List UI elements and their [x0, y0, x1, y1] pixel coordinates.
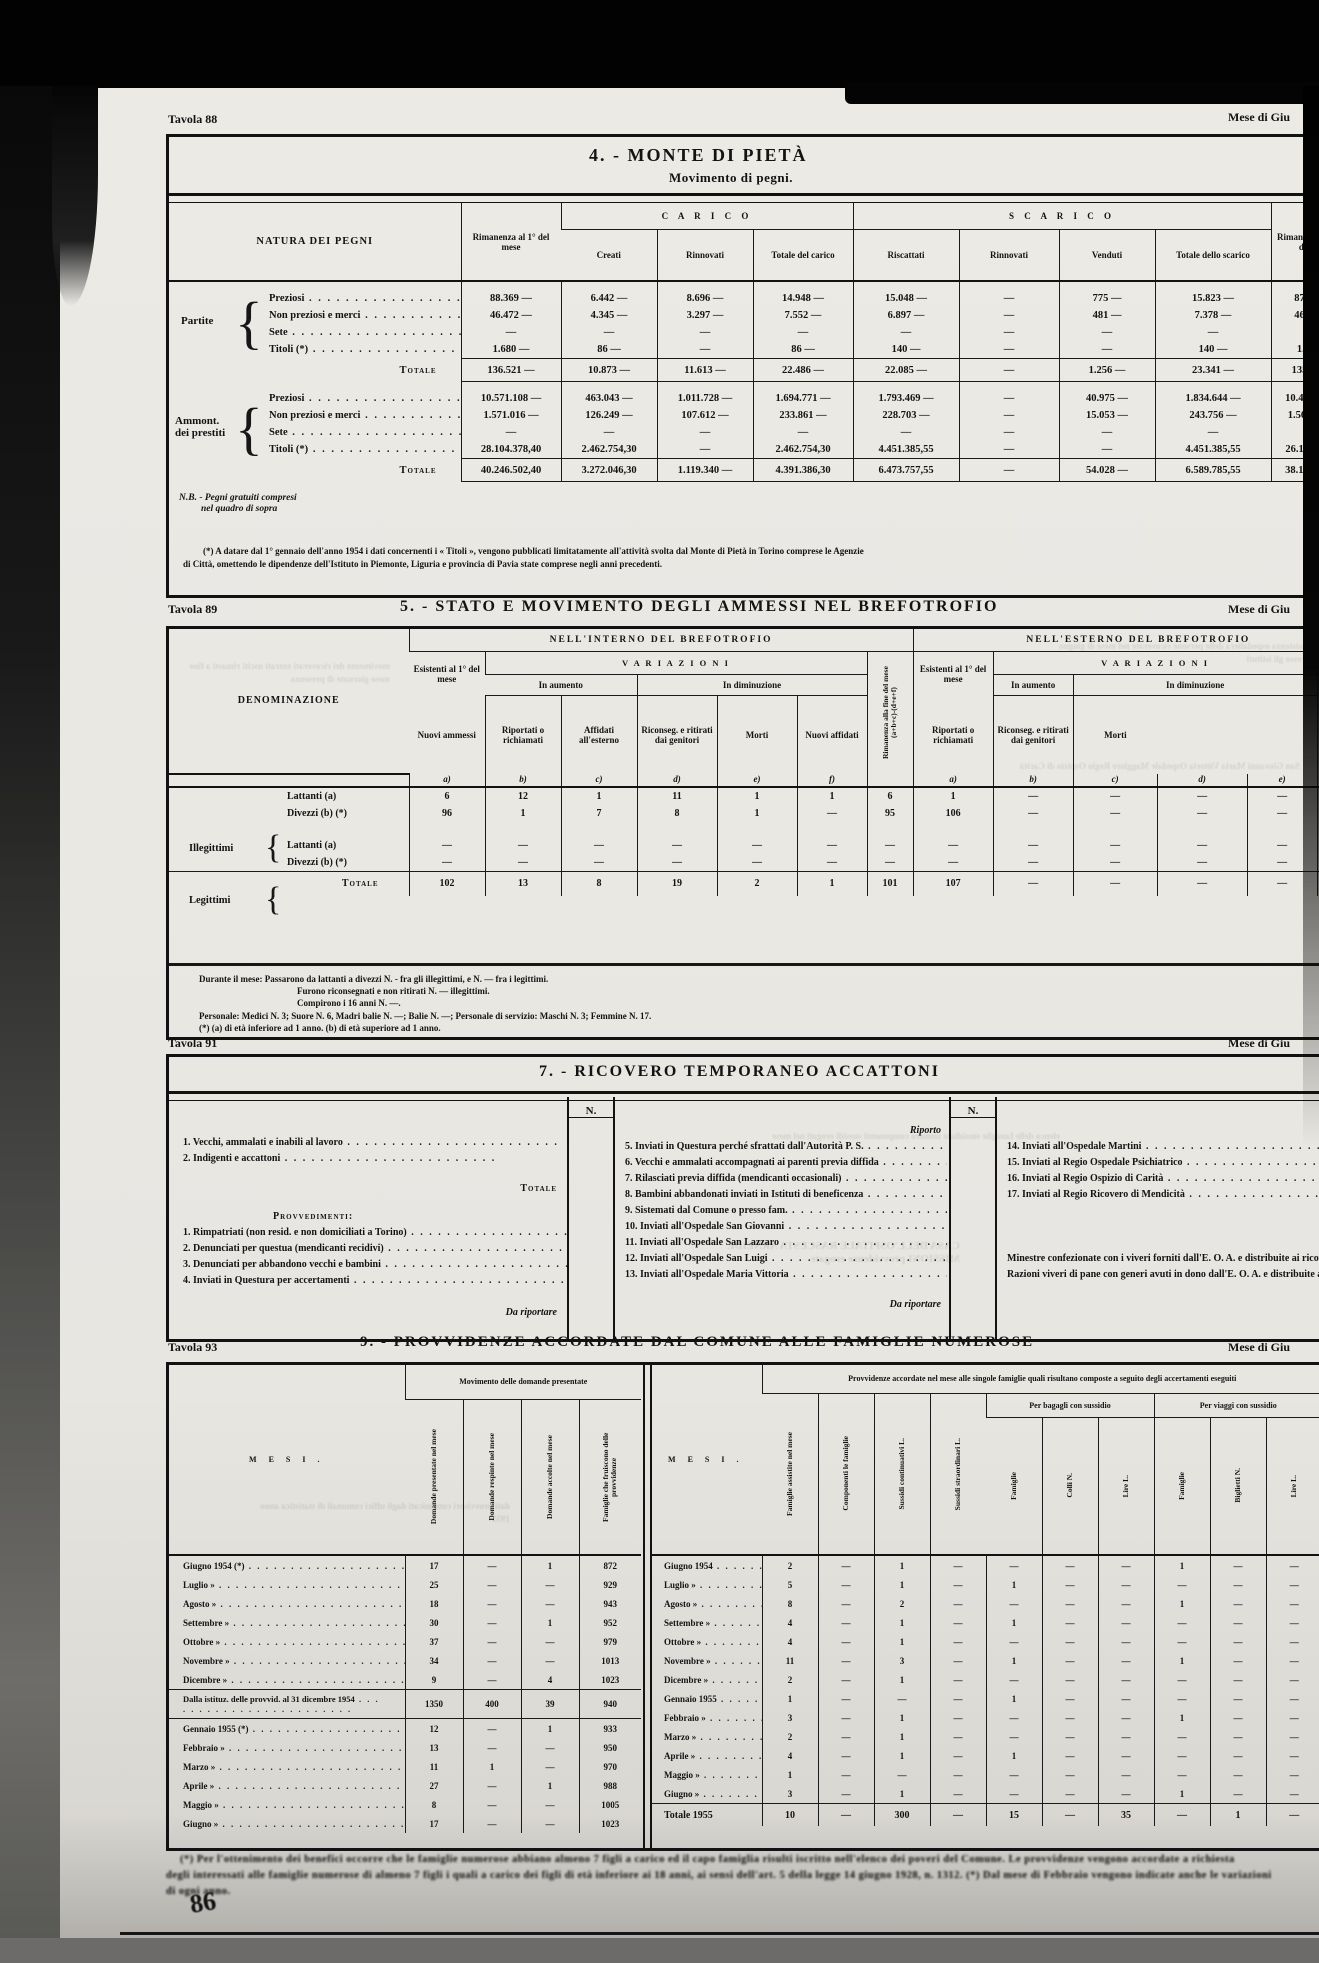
cell: 4.391.386,30	[753, 459, 853, 482]
cell: 13	[485, 871, 561, 896]
cell: —	[1157, 787, 1247, 805]
row-label: Febbraio »	[664, 1713, 762, 1723]
cell: —	[1042, 1670, 1098, 1689]
cell: 39	[521, 1690, 579, 1719]
cell: 8	[561, 871, 637, 896]
cell: Dicembre »	[650, 1670, 762, 1689]
provvedimenti-label: Provvedimenti:	[183, 1211, 353, 1222]
cell: 40.975 —	[1059, 382, 1155, 408]
cell: —	[797, 822, 867, 854]
cell: 11	[405, 1757, 463, 1776]
item-label: 12. Inviati all'Ospedale San Luigi	[625, 1251, 947, 1267]
brace: {	[265, 881, 281, 919]
cell: 1023	[579, 1814, 641, 1833]
left-total-row: Totale 4.523	[183, 1181, 567, 1197]
cell: 10.873 —	[561, 359, 657, 382]
cell: —	[930, 1804, 986, 1827]
cell: 107	[913, 871, 993, 896]
cell: 1	[521, 1776, 579, 1795]
cell: 1	[762, 1765, 818, 1784]
rotated-col-label: Famiglie assistite nel mese	[786, 1432, 794, 1516]
cell: —	[463, 1632, 521, 1651]
cell: 6	[409, 787, 485, 805]
col-nuovi-affidati: Nuovi affidati	[797, 696, 867, 774]
cell: —	[1042, 1765, 1098, 1784]
illegittimi-label: Illegittimi	[189, 843, 233, 854]
cell: 86 —	[561, 341, 657, 359]
cell: 8	[637, 805, 717, 822]
table-row: Maggio »1—————————	[650, 1765, 1319, 1784]
cell: —	[959, 281, 1059, 307]
group-variazioni-est: V A R I A Z I O N I	[993, 651, 1317, 675]
cell: —	[959, 382, 1059, 408]
rotated-col-label: Componenti le famiglie	[842, 1436, 850, 1511]
cell: 28.104.378,40	[461, 441, 561, 459]
tavola-91-label: Tavola 91	[168, 1036, 217, 1051]
cell: —	[753, 424, 853, 441]
letters-row: a) b) c) d) e) f) a) b) c) d) e)	[169, 774, 1319, 787]
cell: —	[463, 1575, 521, 1594]
cell: 1.256 —	[1059, 359, 1155, 382]
cell: —	[1266, 1804, 1319, 1827]
table-row: Ottobre »4—1———————	[650, 1632, 1319, 1651]
cell: Marzo »	[650, 1727, 762, 1746]
ammontare-label: Ammont. dei prestiti	[175, 415, 225, 439]
cell: —	[1210, 1708, 1266, 1727]
cell: Giugno 1954 (*)	[169, 1555, 405, 1575]
cell: Maggio »	[169, 1795, 405, 1814]
right-total-row: Totale	[1007, 1221, 1319, 1237]
page-number: 86	[188, 1886, 218, 1920]
cell: —	[1210, 1632, 1266, 1651]
scan-black-band-top	[0, 0, 1319, 88]
list-item: 5. Inviati in Questura perché sfrattati …	[625, 1139, 947, 1155]
famiglie-right-table: M E S I . Provvidenze accordate nel mese…	[650, 1365, 1319, 1826]
cell: —	[1210, 1689, 1266, 1708]
cell: —	[521, 1594, 579, 1613]
cell: —	[561, 822, 637, 854]
cell: 4	[521, 1670, 579, 1690]
cell: —	[461, 424, 561, 441]
cell: —	[986, 1708, 1042, 1727]
list-item: 4. Inviati in Questura per accertamenti—	[183, 1273, 567, 1289]
cell: —	[463, 1795, 521, 1814]
cell: —	[1266, 1708, 1319, 1727]
row-label: Aprile »	[183, 1781, 405, 1791]
provvedimenti-items: 1. Rimpatriati (non resid. e non domicil…	[183, 1225, 567, 1289]
table-row: Divezzi (b) (*)961781—95106————1	[169, 805, 1319, 822]
cell: 101	[867, 871, 913, 896]
cell: —	[930, 1594, 986, 1613]
table-row: Giugno 1954 (*)17—1872	[169, 1555, 641, 1575]
illegittimi-rows: Lattanti (a)6121111161————1Divezzi (b) (…	[169, 787, 1319, 822]
cell: —	[1042, 1651, 1098, 1670]
cell: —	[1157, 822, 1247, 854]
cell: 1	[717, 787, 797, 805]
cell: —	[463, 1814, 521, 1833]
item-label: 16. Inviati al Regio Ospizio di Carità	[1007, 1171, 1319, 1187]
cell: 2	[762, 1727, 818, 1746]
cell: Febbraio »	[169, 1738, 405, 1757]
item-label: 1. Rimpatriati (non resid. e non domicil…	[183, 1225, 567, 1241]
n-column-rule	[949, 1097, 997, 1339]
cell: 13	[405, 1738, 463, 1757]
group-bagagli: Per bagagli con sussidio	[986, 1393, 1154, 1417]
legittimi-rows: Lattanti (a)————————————Divezzi (b) (*)—…	[169, 822, 1319, 872]
brace: {	[235, 395, 263, 462]
rotated-col: Domande presentate nel mese	[405, 1399, 463, 1555]
cell: 1	[1210, 1804, 1266, 1827]
cell: 9	[405, 1670, 463, 1690]
list-item: 7. Rilasciati previa diffida (mendicanti…	[625, 1171, 947, 1187]
table-row: Non preziosi e merci1.571.016 —126.249 —…	[169, 407, 1319, 424]
cell: 17	[405, 1555, 463, 1575]
cell: —	[867, 854, 913, 872]
cell: —	[463, 1651, 521, 1670]
cell: Totale	[169, 359, 461, 382]
cell: —	[1042, 1575, 1098, 1594]
cell: 1	[1154, 1594, 1210, 1613]
rotated-col: Famiglie	[1154, 1417, 1210, 1555]
cell: 1	[986, 1575, 1042, 1594]
cell: 22.085 —	[853, 359, 959, 382]
table-row: Aprile »4—1—1—————	[650, 1746, 1319, 1765]
item-label: 13. Inviati all'Ospedale Maria Vittoria	[625, 1267, 947, 1283]
cell: —	[461, 324, 561, 341]
cell: 2	[717, 871, 797, 896]
cell: —	[1098, 1555, 1154, 1575]
row-label: Sete	[269, 427, 461, 438]
rotated-col: Sussidi continuativi L.	[874, 1393, 930, 1555]
cell: —	[959, 324, 1059, 341]
cell: Aprile »	[650, 1746, 762, 1765]
cell: 1	[485, 805, 561, 822]
cell: —	[1042, 1784, 1098, 1804]
cell: —	[1059, 441, 1155, 459]
table-row: Settembre »4—1—1—————	[650, 1613, 1319, 1632]
cell: 1	[874, 1708, 930, 1727]
cell: 106	[913, 805, 993, 822]
item-label: 2. Denunciati per questua (mendicanti re…	[183, 1241, 567, 1257]
list-item: 15. Inviati al Regio Ospedale Psichiatri…	[1007, 1155, 1319, 1171]
table9-footnote-2: degli interessati alle famiglie numerose…	[166, 1868, 1316, 1883]
cell: —	[1157, 871, 1247, 896]
col-rimanenza-vert: Rimanenza alla fine del mese (a+b+c)-(d+…	[867, 651, 913, 774]
cell: —	[1266, 1594, 1319, 1613]
cell: —	[1059, 341, 1155, 359]
row-label: Gennaio 1955 (*)	[183, 1724, 405, 1734]
cell: 30	[405, 1613, 463, 1632]
row-label: Maggio »	[183, 1800, 405, 1810]
cell: —	[485, 822, 561, 854]
table-row: Maggio »8——1005	[169, 1795, 641, 1814]
rotated-col: Sussidi straordinari L.	[930, 1393, 986, 1555]
col-rinnovati: Rinnovati	[657, 229, 753, 281]
table-row: Giugno 19542—1————1——	[650, 1555, 1319, 1575]
right-notes: Minestre confezionate con i viveri forni…	[1007, 1251, 1319, 1283]
letter: a)	[913, 774, 993, 787]
row-label: Giugno »	[664, 1789, 762, 1799]
rotated-col-label: Famiglie	[1178, 1472, 1186, 1500]
cell: 1	[874, 1784, 930, 1804]
mese-label: Mese di Giu	[1228, 1340, 1290, 1355]
cell: —	[867, 822, 913, 854]
row-label: Giugno 1954	[664, 1561, 762, 1571]
right-big-header: Provvidenze accordate nel mese alle sing…	[762, 1365, 1319, 1393]
cell: —	[818, 1575, 874, 1594]
cell: —	[657, 424, 753, 441]
rotated-col: Lire L.	[1098, 1417, 1154, 1555]
table-accattoni: 7. - RICOVERO TEMPORANEO ACCATTONI N. 1.…	[166, 1054, 1319, 1342]
cell: 2	[874, 1594, 930, 1613]
cell: —	[1157, 805, 1247, 822]
item-label: 4. Inviati in Questura per accertamenti	[183, 1273, 565, 1289]
cell: 1.834.644 —	[1155, 382, 1271, 408]
table-row: Titoli (*)1.680 —86 ——86 —140 ———140 —1.…	[169, 341, 1319, 359]
cell: Totale 1955	[650, 1804, 762, 1827]
cell: —	[930, 1632, 986, 1651]
cell: —	[1210, 1746, 1266, 1765]
cell: —	[986, 1784, 1042, 1804]
cell: 243.756 —	[1155, 407, 1271, 424]
row-label: Non preziosi e merci	[269, 310, 461, 321]
cell: 54.028 —	[1059, 459, 1155, 482]
cell: —	[1154, 1746, 1210, 1765]
table-row: Novembre »34——1013	[169, 1651, 641, 1670]
list-item: 10. Inviati all'Ospedale San Giovanni2	[625, 1219, 947, 1235]
cell: 4	[762, 1632, 818, 1651]
cell: 4.451.385,55	[1155, 441, 1271, 459]
cell: 3	[762, 1708, 818, 1727]
letter: b)	[485, 774, 561, 787]
item-label: 9. Sistemati dal Comune o presso fam.	[625, 1203, 947, 1219]
cell: —	[1042, 1689, 1098, 1708]
rotated-col-label: Famiglie che fruiscono delle provvidenze	[602, 1417, 618, 1537]
col-morti-est: Morti	[1073, 696, 1157, 774]
cell: 15.048 —	[853, 281, 959, 307]
cell: 136.521 —	[461, 359, 561, 382]
cell: —	[1210, 1575, 1266, 1594]
table9-footnote-3: di ogni anno.	[166, 1884, 566, 1899]
cell: —	[521, 1795, 579, 1814]
partite-label: Partite	[181, 315, 213, 327]
rotated-col: Componenti le famiglie	[818, 1393, 874, 1555]
cell: 1.680 —	[461, 341, 561, 359]
cell: 35	[1098, 1804, 1154, 1827]
cell: —	[1154, 1727, 1210, 1746]
cell: —	[1155, 424, 1271, 441]
cell: —	[818, 1727, 874, 1746]
table-row: Giugno »17——1023	[169, 1814, 641, 1833]
right-month-rows: Giugno 19542—1————1——Luglio »5—1—1—————A…	[650, 1555, 1319, 1804]
cell: 15.823 —	[1155, 281, 1271, 307]
cell: —	[993, 822, 1073, 854]
cell: 11.613 —	[657, 359, 753, 382]
cell: 126.249 —	[561, 407, 657, 424]
cell: 17	[405, 1814, 463, 1833]
letter: f)	[797, 774, 867, 787]
accattoni-mid-pane: Riporto 11 5. Inviati in Questura perché…	[625, 1123, 947, 1313]
cell: 233.861 —	[753, 407, 853, 424]
col-rimanenza-1: Rimanenza al 1° del mese	[461, 203, 561, 281]
cell: 6.589.785,55	[1155, 459, 1271, 482]
rotated-col-label: Domande respinte nel mese	[488, 1433, 496, 1521]
group-esterno: NELL'ESTERNO DEL BREFOTROFIO	[913, 629, 1319, 651]
table-row: Sete—————————	[169, 324, 1319, 341]
table-row: Settembre »30—1952	[169, 1613, 641, 1632]
table-row: Novembre »11—3—1——1——	[650, 1651, 1319, 1670]
item-label: 11. Inviati all'Ospedale San Lazzaro	[625, 1235, 947, 1251]
left-months-1954: Giugno 1954 (*)17—1872Luglio »25——929Ago…	[169, 1555, 641, 1690]
left-months-1955: Gennaio 1955 (*)12—1933Febbraio »13——950…	[169, 1719, 641, 1834]
row-label: Settembre »	[664, 1618, 762, 1628]
cell: Novembre »	[169, 1651, 405, 1670]
cell: —	[1266, 1727, 1319, 1746]
cell: 940	[579, 1690, 641, 1719]
cell: 27	[405, 1776, 463, 1795]
row-label: Preziosi	[269, 293, 461, 304]
cell: 1	[797, 787, 867, 805]
table4-footnote-2: di Città, omettendo le dipendenze dell'I…	[183, 558, 1319, 570]
group-aumento: In aumento	[485, 675, 637, 696]
cell: 1005	[579, 1795, 641, 1814]
letter: d)	[1157, 774, 1247, 787]
letter: d)	[637, 774, 717, 787]
famiglie-left-header: M E S I . Movimento delle domande presen…	[169, 1365, 641, 1555]
cell: —	[913, 854, 993, 872]
scanned-page: assistenza ospedaliera delle persone ric…	[0, 0, 1319, 1963]
item-label: 3. Denunciati per abbandono vecchi e bam…	[183, 1257, 567, 1273]
letter: c)	[1073, 774, 1157, 787]
row-label: Totale 1955	[664, 1810, 713, 1821]
row-label: Ottobre »	[664, 1637, 762, 1647]
cell: —	[717, 822, 797, 854]
item-label: 15. Inviati al Regio Ospedale Psichiatri…	[1007, 1155, 1319, 1171]
cell: 107.612 —	[657, 407, 753, 424]
cell: 14.948 —	[753, 281, 853, 307]
row-label: Dicembre »	[183, 1675, 405, 1685]
cell: 943	[579, 1594, 641, 1613]
list-item: 11. Inviati all'Ospedale San Lazzaro—	[625, 1235, 947, 1251]
cell: —	[1073, 787, 1157, 805]
cell: —	[521, 1814, 579, 1833]
cell: —	[930, 1765, 986, 1784]
cell: 1	[521, 1613, 579, 1632]
cell: Luglio »	[169, 1575, 405, 1594]
letter: b)	[993, 774, 1073, 787]
cell: 300	[874, 1804, 930, 1827]
cell: 3	[874, 1651, 930, 1670]
table-row: Luglio »5—1—1—————	[650, 1575, 1319, 1594]
table9-title: 9. - PROVVIDENZE ACCORDATE DAL COMUNE AL…	[360, 1334, 1034, 1351]
cell: —	[1154, 1613, 1210, 1632]
rotated-col-label: Domande presentate nel mese	[430, 1429, 438, 1524]
row-label: Luglio »	[183, 1580, 405, 1590]
cell: —	[1210, 1651, 1266, 1670]
cell: —	[1210, 1765, 1266, 1784]
cell: Ottobre »	[169, 1632, 405, 1651]
list-item: 6. Vecchi e ammalati accompagnati ai par…	[625, 1155, 947, 1171]
table5-note-2: Furono riconsegnati e non ritirati N. — …	[297, 985, 490, 997]
cell: 2	[762, 1555, 818, 1575]
cell: —	[1266, 1765, 1319, 1784]
cell: 1	[797, 871, 867, 896]
cell: —	[818, 1804, 874, 1827]
cell: —	[485, 854, 561, 872]
cell: —	[818, 1632, 874, 1651]
cell: 933	[579, 1719, 641, 1739]
table-row: Dalla istituz. delle provvid. al 31 dice…	[169, 1690, 641, 1719]
n-column-rule	[567, 1097, 615, 1339]
col-esistenti: Esistenti al 1° del mese	[409, 651, 485, 696]
brefotrofio-total: Totale1021381921101107————1	[169, 871, 1319, 896]
cell: —	[993, 805, 1073, 822]
cell: —	[463, 1594, 521, 1613]
col-rinnovati-2: Rinnovati	[959, 229, 1059, 281]
cell: —	[853, 424, 959, 441]
cell: Gennaio 1955	[650, 1689, 762, 1708]
cell: —	[521, 1632, 579, 1651]
cell: —	[1155, 324, 1271, 341]
table-row: Febbraio »13——950	[169, 1738, 641, 1757]
cell: —	[1098, 1765, 1154, 1784]
cell: 1	[874, 1613, 930, 1632]
cell: 22.486 —	[753, 359, 853, 382]
brace: {	[235, 289, 263, 356]
cell: 4.451.385,55	[853, 441, 959, 459]
rotated-col-label: Lire L.	[1290, 1475, 1298, 1497]
right-total-row: Totale 195510—300—15—35—1—	[650, 1804, 1319, 1827]
rotated-col-label: Biglietti N.	[1234, 1468, 1242, 1503]
table-row: Agosto »18——943	[169, 1594, 641, 1613]
cell: Totale	[169, 459, 461, 482]
item-label: 1. Vecchi, ammalati e inabili al lavoro	[183, 1135, 559, 1151]
table-row: Agosto »8—2————1——	[650, 1594, 1319, 1613]
item-label: 6. Vecchi e ammalati accompagnati ai par…	[625, 1155, 947, 1171]
group-variazioni: V A R I A Z I O N I	[485, 651, 867, 675]
cell: 4	[762, 1746, 818, 1765]
col-venduti: Venduti	[1059, 229, 1155, 281]
table-row: Non preziosi e merci46.472 —4.345 —3.297…	[169, 307, 1319, 324]
table-row: Dicembre »2—1———————	[650, 1670, 1319, 1689]
cell: 775 —	[1059, 281, 1155, 307]
mesi-header: M E S I .	[169, 1365, 405, 1555]
list-item: 3. Denunciati per abbandono vecchi e bam…	[183, 1257, 567, 1273]
cell: —	[930, 1746, 986, 1765]
cell: 1	[986, 1746, 1042, 1765]
cell: —	[930, 1784, 986, 1804]
scan-gray-band-bottom	[0, 1938, 1319, 1963]
cell: 7	[561, 805, 637, 822]
cell: 1	[874, 1555, 930, 1575]
cell: —	[409, 854, 485, 872]
famiglie-left-table: M E S I . Movimento delle domande presen…	[169, 1365, 641, 1833]
rule	[120, 1932, 1319, 1935]
cell: —	[1210, 1594, 1266, 1613]
scan-dark-strip-left	[0, 86, 60, 1963]
cell: —	[1073, 854, 1157, 872]
cell: —	[521, 1757, 579, 1776]
cell: 25	[405, 1575, 463, 1594]
cell: 950	[579, 1738, 641, 1757]
cell: 1	[986, 1689, 1042, 1708]
cell: —	[1098, 1575, 1154, 1594]
cell: —	[637, 854, 717, 872]
partite-rows: Preziosi88.369 —6.442 —8.696 —14.948 —15…	[169, 281, 1319, 359]
table-row: Gennaio 19551———1—————	[650, 1689, 1319, 1708]
tavola-93-label: Tavola 93	[168, 1340, 217, 1355]
mese-label: Mese di Giu	[1228, 1036, 1290, 1051]
